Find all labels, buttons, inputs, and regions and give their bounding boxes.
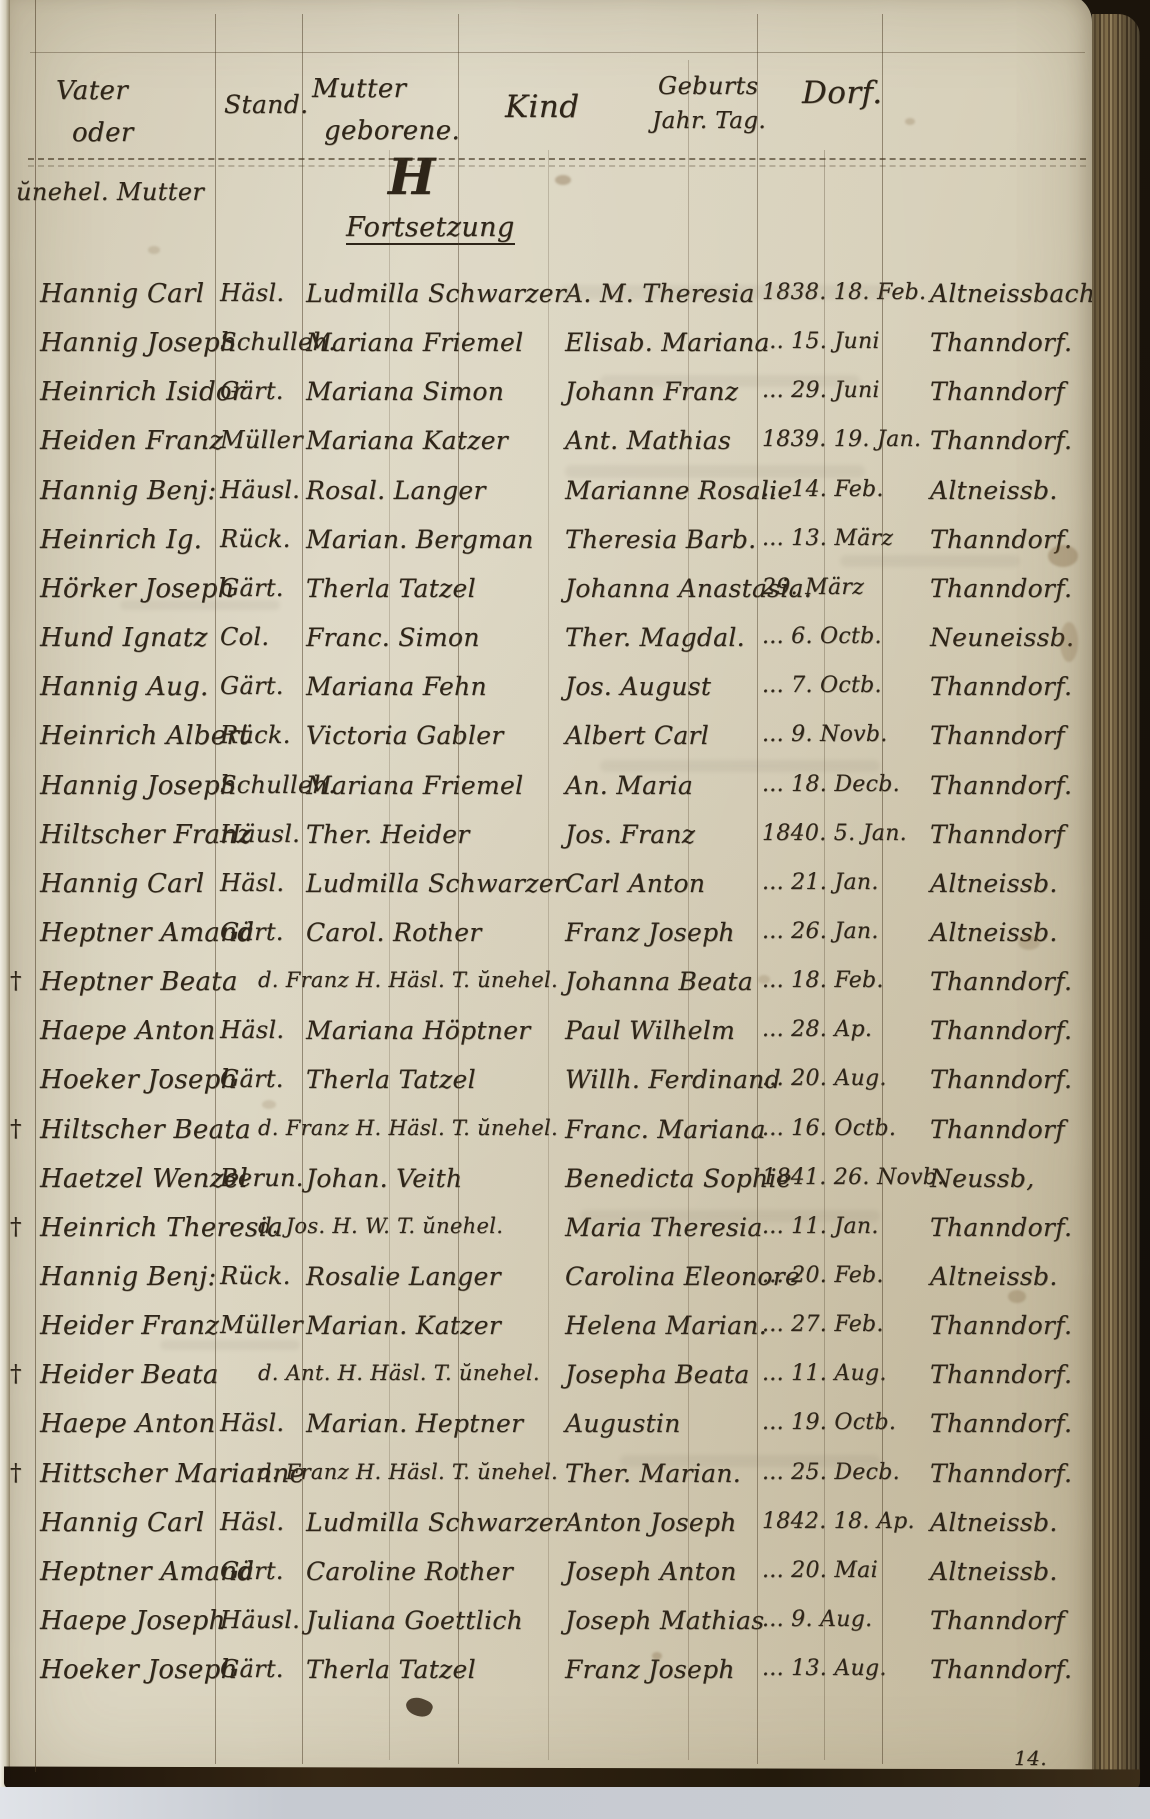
stand-occupation: Müller — [220, 427, 303, 455]
birth-date: ... 21. Jan. — [762, 870, 879, 895]
father-name: Haepe Joseph — [40, 1607, 226, 1637]
register-row: Hannig JosephSchulleh.Mariana FriemelEli… — [0, 329, 1150, 373]
village-name: Thanndorf — [930, 821, 1065, 850]
register-row: Haetzel WenzelBerun.Johan. VeithBenedict… — [0, 1165, 1150, 1209]
register-row: Heinrich AlbertRück.Victoria GablerAlber… — [0, 722, 1150, 766]
village-name: Neuneissb. — [930, 624, 1074, 653]
paper-stain — [148, 246, 160, 254]
stand-occupation: Häsl. — [220, 870, 284, 898]
stand-occupation: Gärt. — [220, 1066, 284, 1094]
mother-name: Therla Tatzel — [306, 575, 476, 604]
mother-name: Marian. Heptner — [306, 1410, 523, 1439]
mother-name: Mariana Simon — [306, 378, 504, 407]
paper-stain — [555, 175, 571, 185]
father-name: Haetzel Wenzel — [40, 1165, 248, 1195]
child-name: Theresia Barb. — [565, 526, 756, 555]
stand-occupation: Häsl. — [220, 280, 284, 308]
child-name: An. Maria — [565, 772, 693, 801]
mother-name: Mariana Friemel — [306, 329, 523, 358]
column-rule — [389, 150, 390, 1760]
register-row: †Heinrich Theresiad. Jos. H. W. T. ŭnehe… — [0, 1214, 1150, 1258]
stand-occupation: Berun. — [220, 1165, 304, 1193]
father-name: Hannig Joseph — [40, 329, 237, 359]
paper-stain — [905, 118, 915, 125]
book-fore-edge — [1092, 14, 1140, 1774]
register-row: Hannig CarlHäsl.Ludmilla SchwarzerAnton … — [0, 1509, 1150, 1553]
birth-date: 1841. 26. Novb. — [762, 1165, 944, 1190]
father-name: Hiltscher Beata — [40, 1116, 251, 1146]
cross-marker: † — [10, 968, 22, 994]
register-row: †Heptner Beatad. Franz H. Häsl. T. ŭnehe… — [0, 968, 1150, 1012]
stand-occupation: Rück. — [220, 722, 291, 750]
stand-occupation: Rück. — [220, 526, 291, 554]
stand-occupation: Gärt. — [220, 575, 284, 603]
village-name: Thanndorf — [930, 722, 1065, 751]
column-rule — [302, 14, 303, 1764]
child-name: Franz Joseph — [565, 919, 735, 948]
child-name: Ther. Magdal. — [565, 624, 745, 653]
father-name: Hannig Carl — [40, 280, 204, 310]
paper-stain — [1008, 1290, 1026, 1303]
register-rows: Hannig CarlHäsl.Ludmilla SchwarzerA. M. … — [0, 0, 1150, 1819]
ink-bleed-through — [840, 555, 1020, 567]
village-name: Thanndorf — [930, 378, 1065, 407]
mother-name: Marian. Bergman — [306, 526, 534, 555]
stand-occupation: Gärt. — [220, 673, 284, 701]
register-row: Hannig Benj:Rück.Rosalie LangerCarolina … — [0, 1263, 1150, 1307]
stand-occupation: Gärt. — [220, 1656, 284, 1684]
village-name: Thanndorf. — [930, 1066, 1072, 1095]
child-name: Franz Joseph — [565, 1656, 735, 1685]
stand-occupation: d. Ant. H. Häsl. T. ŭnehel. — [258, 1361, 540, 1385]
register-row: Hoeker JosephGärt.Therla TatzelFranz Jos… — [0, 1656, 1150, 1700]
stand-occupation: Häusl. — [220, 477, 300, 505]
cross-marker: † — [10, 1361, 22, 1387]
child-name: Helena Marian. — [565, 1312, 767, 1341]
child-name: Marianne Rosalie — [565, 477, 793, 506]
birth-date: ... 28. Ap. — [762, 1017, 872, 1042]
register-row: Hörker JosephGärt.Therla TatzelJohanna A… — [0, 575, 1150, 619]
stand-occupation: Gärt. — [220, 1558, 284, 1586]
child-name: Augustin — [565, 1410, 681, 1439]
mother-name: Mariana Höptner — [306, 1017, 531, 1046]
column-rule — [882, 14, 883, 1764]
birth-date: ... 13. März — [762, 526, 893, 551]
register-row: Heptner AmandGärt.Carol. RotherFranz Jos… — [0, 919, 1150, 963]
village-name: Thanndorf. — [930, 575, 1072, 604]
birth-date: ... 9. Aug. — [762, 1607, 872, 1632]
ink-bleed-through — [580, 1210, 880, 1222]
desk-surface — [0, 1787, 1150, 1819]
register-row: Heptner AmandGärt.Caroline RotherJoseph … — [0, 1558, 1150, 1602]
mother-name: Mariana Katzer — [306, 427, 508, 456]
mother-name: Marian. Katzer — [306, 1312, 501, 1341]
paper-stain — [1018, 935, 1040, 950]
column-rule — [824, 150, 825, 1760]
father-name: Hannig Joseph — [40, 772, 237, 802]
header-rule — [28, 158, 1086, 160]
stand-occupation: Häusl. — [220, 1607, 300, 1635]
stand-occupation: Gärt. — [220, 919, 284, 947]
father-name: Heider Beata — [40, 1361, 219, 1391]
mother-name: Ludmilla Schwarzer — [306, 870, 566, 899]
birth-date: ... 18. Decb. — [762, 772, 900, 797]
village-name: Altneissb. — [930, 477, 1058, 506]
ink-bleed-through — [620, 1455, 880, 1467]
register-row: Heinrich IsidorGärt.Mariana SimonJohann … — [0, 378, 1150, 422]
father-name: Hoeker Joseph — [40, 1656, 238, 1686]
stand-occupation: d. Franz H. Häsl. T. ŭnehel. — [258, 968, 558, 992]
village-name: Thanndorf. — [930, 1017, 1072, 1046]
birth-date: ... 20. Mai — [762, 1558, 878, 1583]
register-row: Hoeker JosephGärt.Therla TatzelWillh. Fe… — [0, 1066, 1150, 1110]
stand-occupation: Rück. — [220, 1263, 291, 1291]
village-name: Thanndorf. — [930, 673, 1072, 702]
father-name: Hoeker Joseph — [40, 1066, 238, 1096]
father-name: Heinrich Isidor — [40, 378, 245, 408]
birth-date: ... 18. Feb. — [762, 968, 884, 993]
column-rule — [215, 14, 216, 1764]
ink-bleed-through — [600, 375, 860, 387]
father-name: Heinrich Theresia — [40, 1214, 283, 1244]
cross-marker: † — [10, 1214, 22, 1240]
column-rule — [458, 14, 459, 1764]
child-name: Willh. Ferdinand — [565, 1066, 781, 1095]
village-name: Thanndorf. — [930, 772, 1072, 801]
birth-date: 1842. 18. Ap. — [762, 1509, 915, 1534]
child-name: Joseph Mathias — [565, 1607, 764, 1636]
ink-bleed-through — [160, 1340, 300, 1350]
birth-date: ... 6. Octb. — [762, 624, 882, 649]
paper-stain — [758, 975, 770, 984]
register-row: †Hittscher Marianned. Franz H. Häsl. T. … — [0, 1460, 1150, 1504]
village-name: Thanndorf — [930, 1607, 1065, 1636]
village-name: Thanndorf. — [930, 1214, 1072, 1243]
register-row: Hund IgnatzCol.Franc. SimonTher. Magdal.… — [0, 624, 1150, 668]
register-row: Haepe AntonHäsl.Mariana HöptnerPaul Wilh… — [0, 1017, 1150, 1061]
birth-date: 29. März — [762, 575, 864, 600]
father-name: Heinrich Ig. — [40, 526, 202, 556]
stand-occupation: Col. — [220, 624, 269, 652]
mother-name: Ther. Heider — [306, 821, 470, 850]
child-name: Jos. Franz — [565, 821, 695, 850]
mother-name: Mariana Friemel — [306, 772, 523, 801]
village-name: Thanndorf. — [930, 329, 1072, 358]
paper-stain — [652, 1652, 662, 1660]
birth-date: ... 19. Octb. — [762, 1410, 896, 1435]
cross-marker: † — [10, 1460, 22, 1486]
ink-bleed-through — [565, 465, 865, 478]
register-row: Hannig Benj:Häusl.Rosal. LangerMarianne … — [0, 477, 1150, 521]
mother-name: Therla Tatzel — [306, 1656, 476, 1685]
father-name: Heptner Beata — [40, 968, 238, 998]
father-name: Heinrich Albert — [40, 722, 250, 752]
mother-name: Franc. Simon — [306, 624, 480, 653]
ink-bleed-through — [560, 285, 890, 299]
ink-bleed-through — [600, 760, 880, 772]
birth-date: ... 14. Feb. — [762, 477, 884, 502]
birth-date: ... 7. Octb. — [762, 673, 882, 698]
village-name: Altneissb. — [930, 1263, 1058, 1292]
stand-occupation: d. Jos. H. W. T. ŭnehel. — [258, 1214, 503, 1238]
father-name: Heiden Franz — [40, 427, 223, 457]
paper-stain — [1048, 545, 1078, 567]
mother-name: Caroline Rother — [306, 1558, 513, 1587]
village-name: Thanndorf. — [930, 1361, 1072, 1390]
child-name: Carl Anton — [565, 870, 705, 899]
register-row: Hannig JosephSchulleh.Mariana FriemelAn.… — [0, 772, 1150, 816]
mother-name: Carol. Rother — [306, 919, 482, 948]
father-name: Hannig Carl — [40, 1509, 204, 1539]
village-name: Altneissb. — [930, 1558, 1058, 1587]
column-rule — [35, 0, 36, 1772]
child-name: Ant. Mathias — [565, 427, 731, 456]
stand-occupation: Häsl. — [220, 1509, 284, 1537]
mother-name: Mariana Fehn — [306, 673, 487, 702]
father-name: Hannig Carl — [40, 870, 204, 900]
birth-date: ... 20. Feb. — [762, 1263, 884, 1288]
mother-name: Ludmilla Schwarzer — [306, 280, 566, 309]
stand-occupation: Häsl. — [220, 1017, 284, 1045]
mother-name: Therla Tatzel — [306, 1066, 476, 1095]
birth-date: 1839. 19. Jan. — [762, 427, 921, 452]
birth-date: 1840. 5. Jan. — [762, 821, 907, 846]
stand-occupation: d. Franz H. Häsl. T. ŭnehel. — [258, 1460, 558, 1484]
father-name: Hund Ignatz — [40, 624, 208, 654]
father-name: Heider Franz — [40, 1312, 219, 1342]
birth-date: ... 16. Octb. — [762, 1116, 896, 1141]
cross-marker: † — [10, 1116, 22, 1142]
ink-bleed-through — [120, 600, 280, 610]
mother-name: Victoria Gabler — [306, 722, 504, 751]
child-name: Jos. August — [565, 673, 711, 702]
child-name: Johanna Beata — [565, 968, 753, 997]
page-number: 14. — [1014, 1748, 1047, 1768]
column-rule — [688, 60, 689, 1760]
column-rule — [757, 14, 758, 1764]
paper-stain — [1060, 622, 1078, 662]
village-name: Thanndorf — [930, 1116, 1065, 1145]
birth-date: ... 15. Juni — [762, 329, 880, 354]
child-name: Elisab. Mariana — [565, 329, 770, 358]
father-name: Haepe Anton — [40, 1410, 216, 1440]
village-name: Thanndorf. — [930, 1410, 1072, 1439]
mother-name: Johan. Veith — [306, 1165, 462, 1194]
column-rule — [548, 150, 549, 1760]
header-rule — [28, 165, 1086, 167]
child-name: Joseph Anton — [565, 1558, 737, 1587]
stand-occupation: Häusl. — [220, 821, 300, 849]
birth-date: ... 27. Feb. — [762, 1312, 884, 1337]
stand-occupation: Gärt. — [220, 378, 284, 406]
birth-date: ... 26. Jan. — [762, 919, 879, 944]
village-name: Thanndorf. — [930, 1460, 1072, 1489]
register-row: †Heider Beatad. Ant. H. Häsl. T. ŭnehel.… — [0, 1361, 1150, 1405]
scanned-register-photo: Vater oder ŭnehel. Mutter Stand. Mutter … — [0, 0, 1150, 1819]
father-name: Haepe Anton — [40, 1017, 216, 1047]
register-row: †Hiltscher Beatad. Franz H. Häsl. T. ŭne… — [0, 1116, 1150, 1160]
village-name: Neussb, — [930, 1165, 1034, 1194]
village-name: Thanndorf. — [930, 968, 1072, 997]
child-name: Paul Wilhelm — [565, 1017, 735, 1046]
mother-name: Ludmilla Schwarzer — [306, 1509, 566, 1538]
register-row: Hiltscher FranzHäusl.Ther. HeiderJos. Fr… — [0, 821, 1150, 865]
father-name: Hannig Benj: — [40, 477, 217, 507]
village-name: Thanndorf. — [930, 1312, 1072, 1341]
father-name: Hannig Benj: — [40, 1263, 217, 1293]
paper-stain — [262, 1100, 276, 1109]
mother-name: Juliana Goettlich — [306, 1607, 523, 1636]
register-row: Haepe AntonHäsl.Marian. HeptnerAugustin.… — [0, 1410, 1150, 1454]
register-row: Haepe JosephHäusl.Juliana GoettlichJosep… — [0, 1607, 1150, 1651]
village-name: Altneissbach, — [930, 280, 1104, 309]
child-name: Josepha Beata — [565, 1361, 750, 1390]
register-row: Hannig Aug.Gärt.Mariana FehnJos. August.… — [0, 673, 1150, 717]
stand-occupation: Müller — [220, 1312, 303, 1340]
mother-name: Rosalie Langer — [306, 1263, 501, 1292]
header-rule — [30, 52, 1085, 53]
stand-occupation: d. Franz H. Häsl. T. ŭnehel. — [258, 1116, 558, 1140]
father-name: Hannig Aug. — [40, 673, 209, 703]
child-name: Franc. Mariana — [565, 1116, 766, 1145]
village-name: Altneissb. — [930, 1509, 1058, 1538]
village-name: Thanndorf. — [930, 427, 1072, 456]
register-row: Hannig CarlHäsl.Ludmilla SchwarzerCarl A… — [0, 870, 1150, 914]
stand-occupation: Häsl. — [220, 1410, 284, 1438]
village-name: Altneissb. — [930, 870, 1058, 899]
child-name: Anton Joseph — [565, 1509, 737, 1538]
village-name: Thanndorf. — [930, 1656, 1072, 1685]
